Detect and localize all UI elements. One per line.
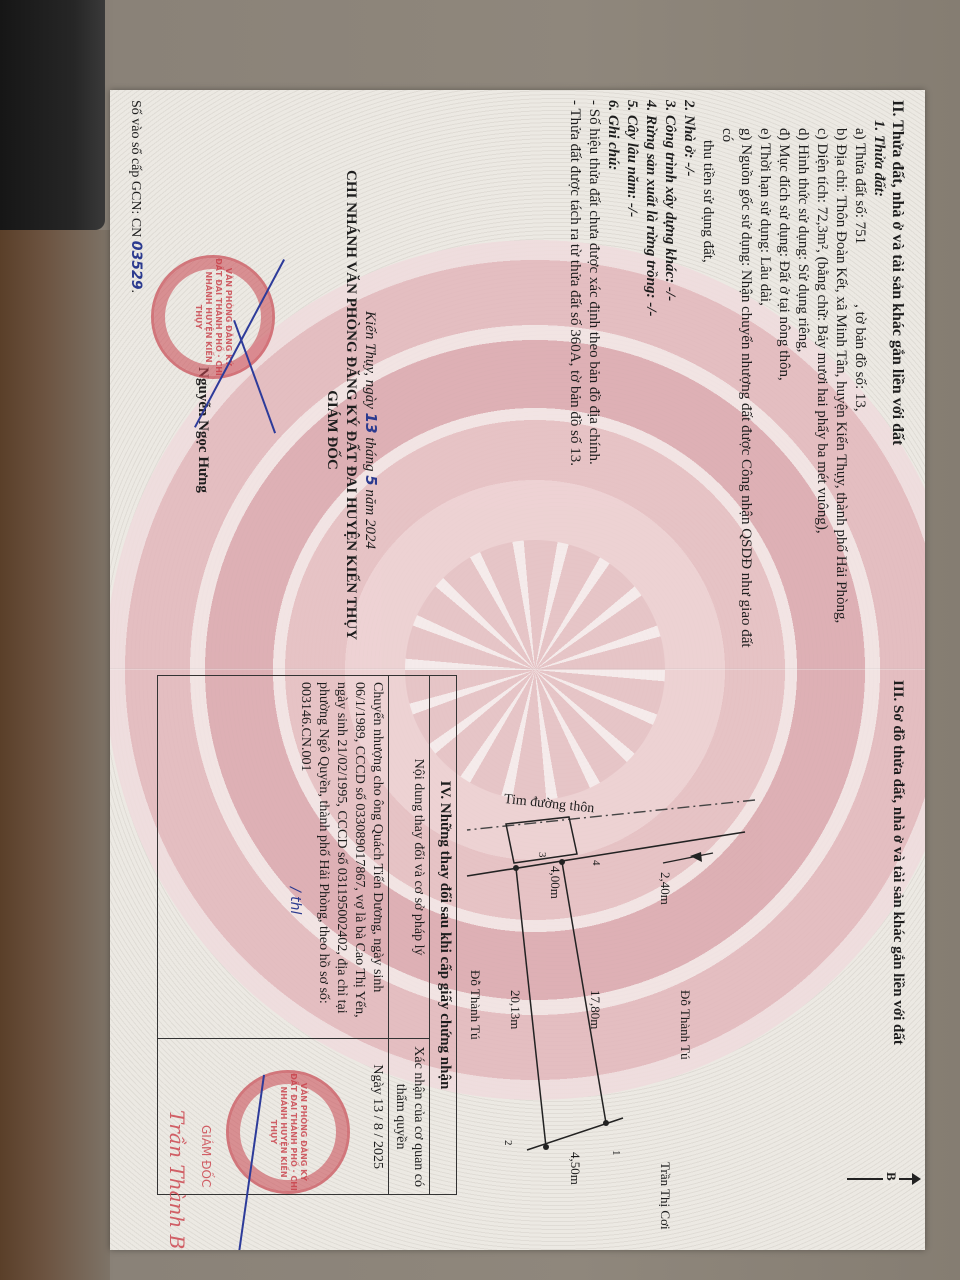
edge-3-2-length: 20,13m [506,990,525,1029]
issue-day: 13 [362,413,380,434]
issue-date: Kiến Thụy, ngày 13 tháng 5 năm 2024 [360,220,380,640]
parcel-address: b) Địa chỉ: Thôn Đoàn Kết, xã Minh Tân, … [831,100,850,660]
land-certificate-page: II. Thửa đất, nhà ở và tài sản khác gắn … [110,90,925,1250]
section-ii-heading: II. Thửa đất, nhà ở và tài sản khác gắn … [888,100,907,660]
background-chair [0,0,105,230]
col-header-confirmation: Xác nhận của cơ quan có thẩm quyền [389,1039,430,1195]
issue-month: 5 [362,475,380,485]
background-surface [0,230,110,1280]
page-fold [110,668,925,670]
perennial-item: 5. Cây lâu năm: -/- [622,100,641,660]
neighbor-bottom: Đỗ Thành Tú [466,970,485,1040]
construction-item: 3. Công trình xây dựng khác: -/- [660,100,679,660]
house-item: 2. Nhà ở: -/- [679,100,698,660]
edge-3-4-length: 4,00m [546,866,565,899]
confirmation-red-seal: VĂN PHÒNG ĐĂNG KÝ ĐẤT ĐAI THÀNH PHỐ · CH… [226,1070,350,1194]
usage-purpose: đ) Mục đích sử dụng: Đất ở tại nông thôn… [774,100,793,660]
neighbor-top: Đỗ Thành Tú [676,990,695,1060]
usage-form: d) Hình thức sử dụng: Sử dụng riêng, [793,100,812,660]
edge-4-1-length: 17,80m [586,990,605,1029]
section-iv-heading: IV. Những thay đổi sau khi cấp giấy chứn… [430,676,457,1195]
parcel-area: c) Diện tích: 72,3m², (bằng chữ: Bảy mươ… [812,100,831,660]
point-1: 1 [606,1150,625,1156]
usage-origin-cont: thu tiền sử dụng đất, [698,100,717,660]
point-2: 2 [498,1140,517,1146]
parcel-diagram [465,680,885,1240]
registry-number: Số vào sổ cấp GCN: CN 03529. [126,100,145,293]
registry-number-value: 03529 [128,241,144,290]
confirmation-title: GIÁM ĐỐC [199,1125,213,1187]
usage-origin: g) Nguồn gốc sử dụng: Nhận chuyển nhượng… [717,100,755,660]
signer-title: GIÁM ĐỐC [322,220,341,640]
section-iii-heading: III. Sơ đồ thửa đất, nhà ở và tài sản kh… [888,680,907,1045]
note-2: - Thửa đất được tách ra từ thửa đất số 3… [565,100,584,660]
edge-1-2-length: 4,50m [566,1152,585,1185]
neighbor-right: Trần Thị Cơi [656,1162,675,1230]
confirmation-date: Ngày 13 / 8 / 2025 [368,1045,386,1188]
col-header-content: Nội dung thay đổi và cơ sở pháp lý [389,676,430,1039]
handwritten-initials: / thl [287,887,303,914]
change-content: Chuyển nhượng cho ông Quách Tiến Dương, … [158,676,389,1039]
setback-label: 2,40m [656,872,675,905]
north-label: B [883,1170,899,1183]
official-red-seal: VĂN PHÒNG ĐĂNG KÝ ĐẤT ĐAI THÀNH PHỐ · CH… [151,255,275,379]
parcel-subheading: 1. Thửa đất: [869,100,888,660]
confirmation-signer-name: Trần Thành Bảo [165,1110,189,1250]
section-ii: II. Thửa đất, nhà ở và tài sản khác gắn … [565,100,907,660]
notes-heading: 6. Ghi chú: [603,100,622,660]
usage-term: e) Thời hạn sử dụng: Lâu dài, [755,100,774,660]
note-1: - Số hiệu thửa đất chưa được xác định th… [584,100,603,660]
parcel-number: a) Thửa đất số: 751 , tờ bản đồ số: 13, [850,100,869,660]
forest-item: 4. Rừng sản xuất là rừng trồng: -/- [641,100,660,660]
point-4: 4 [586,860,605,866]
issuing-organization: CHI NHÁNH VĂN PHÒNG ĐĂNG KÝ ĐẤT ĐAI HUYỆ… [341,170,360,640]
point-3: 3 [532,852,551,858]
